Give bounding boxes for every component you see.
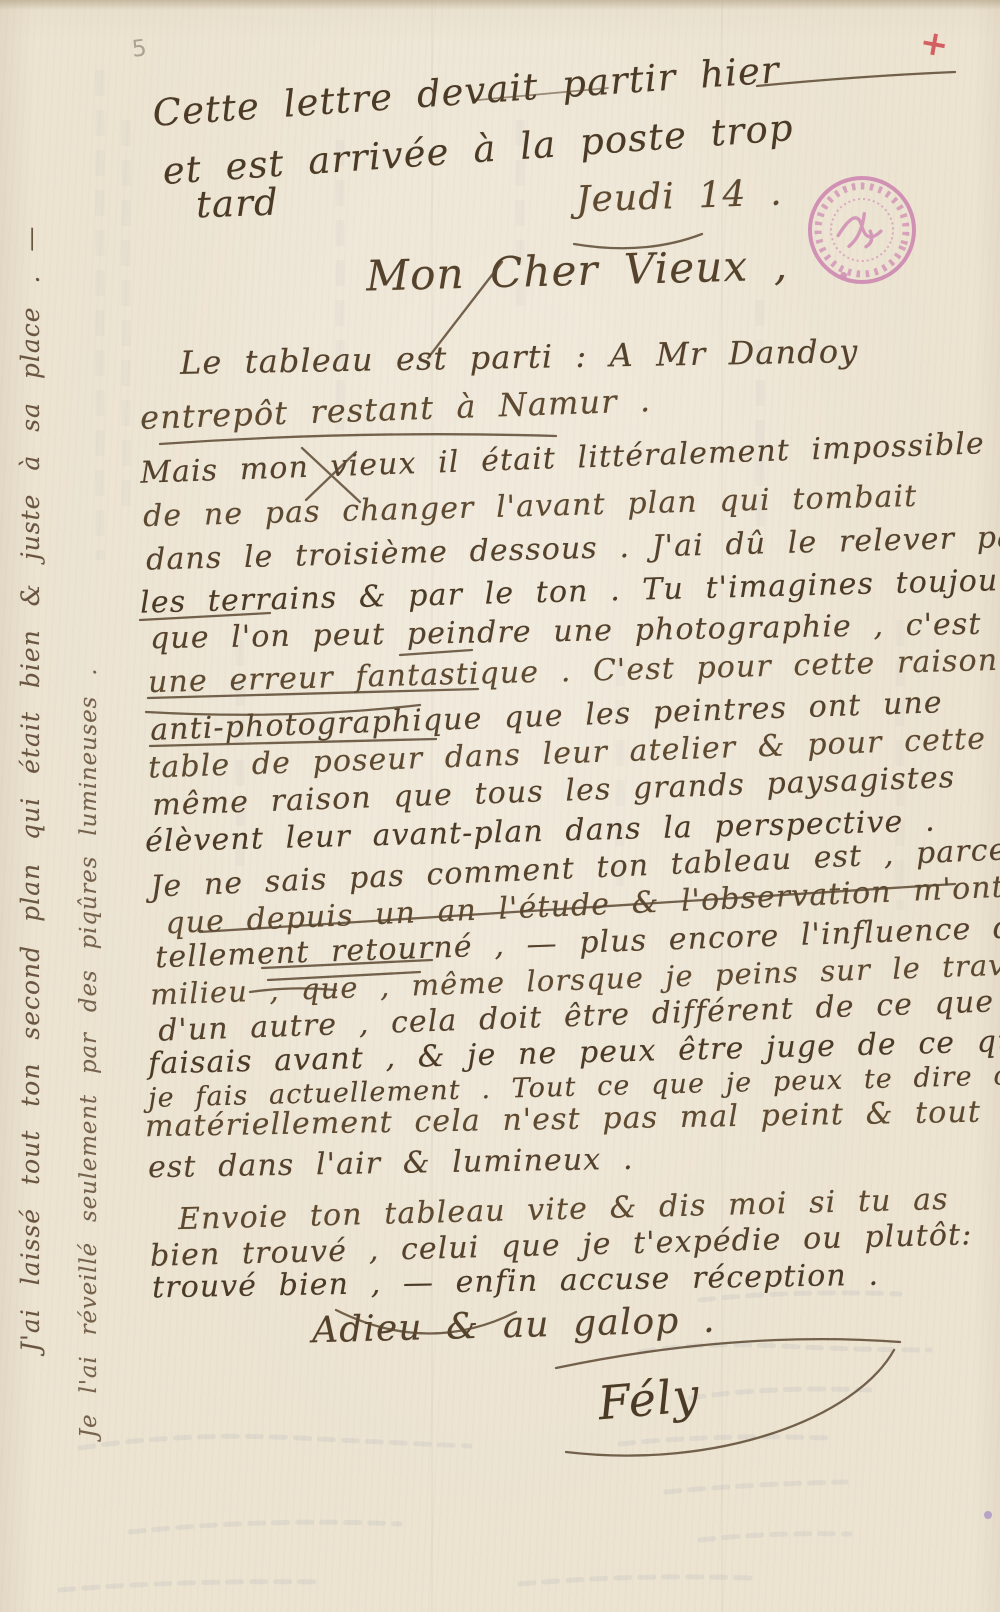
signature: Fély: [596, 1368, 702, 1431]
margin-note-inner: Je l'ai réveillé seulement par des piqûr…: [76, 668, 102, 1438]
collection-stamp-icon: [779, 147, 946, 314]
body-line: Le tableau est parti : A Mr Dandoy: [180, 332, 859, 382]
body-line: entrepôt restant à Namur .: [139, 381, 651, 437]
body-line: est dans l'air & lumineux .: [148, 1142, 634, 1185]
header-note-line: tard: [195, 181, 279, 227]
closing: Adieu & au galop .: [312, 1300, 716, 1352]
red-cross-mark: +: [917, 22, 952, 66]
page-number-pencil: 5: [131, 35, 148, 62]
salutation: Mon Cher Vieux ,: [365, 240, 788, 300]
letter-page: 5 + Cette lettre devait partir hier et e…: [0, 0, 1000, 1612]
date: Jeudi 14 .: [575, 172, 783, 220]
margin-note-outer: J'ai laissé tout ton second plan qui éta…: [16, 226, 45, 1352]
